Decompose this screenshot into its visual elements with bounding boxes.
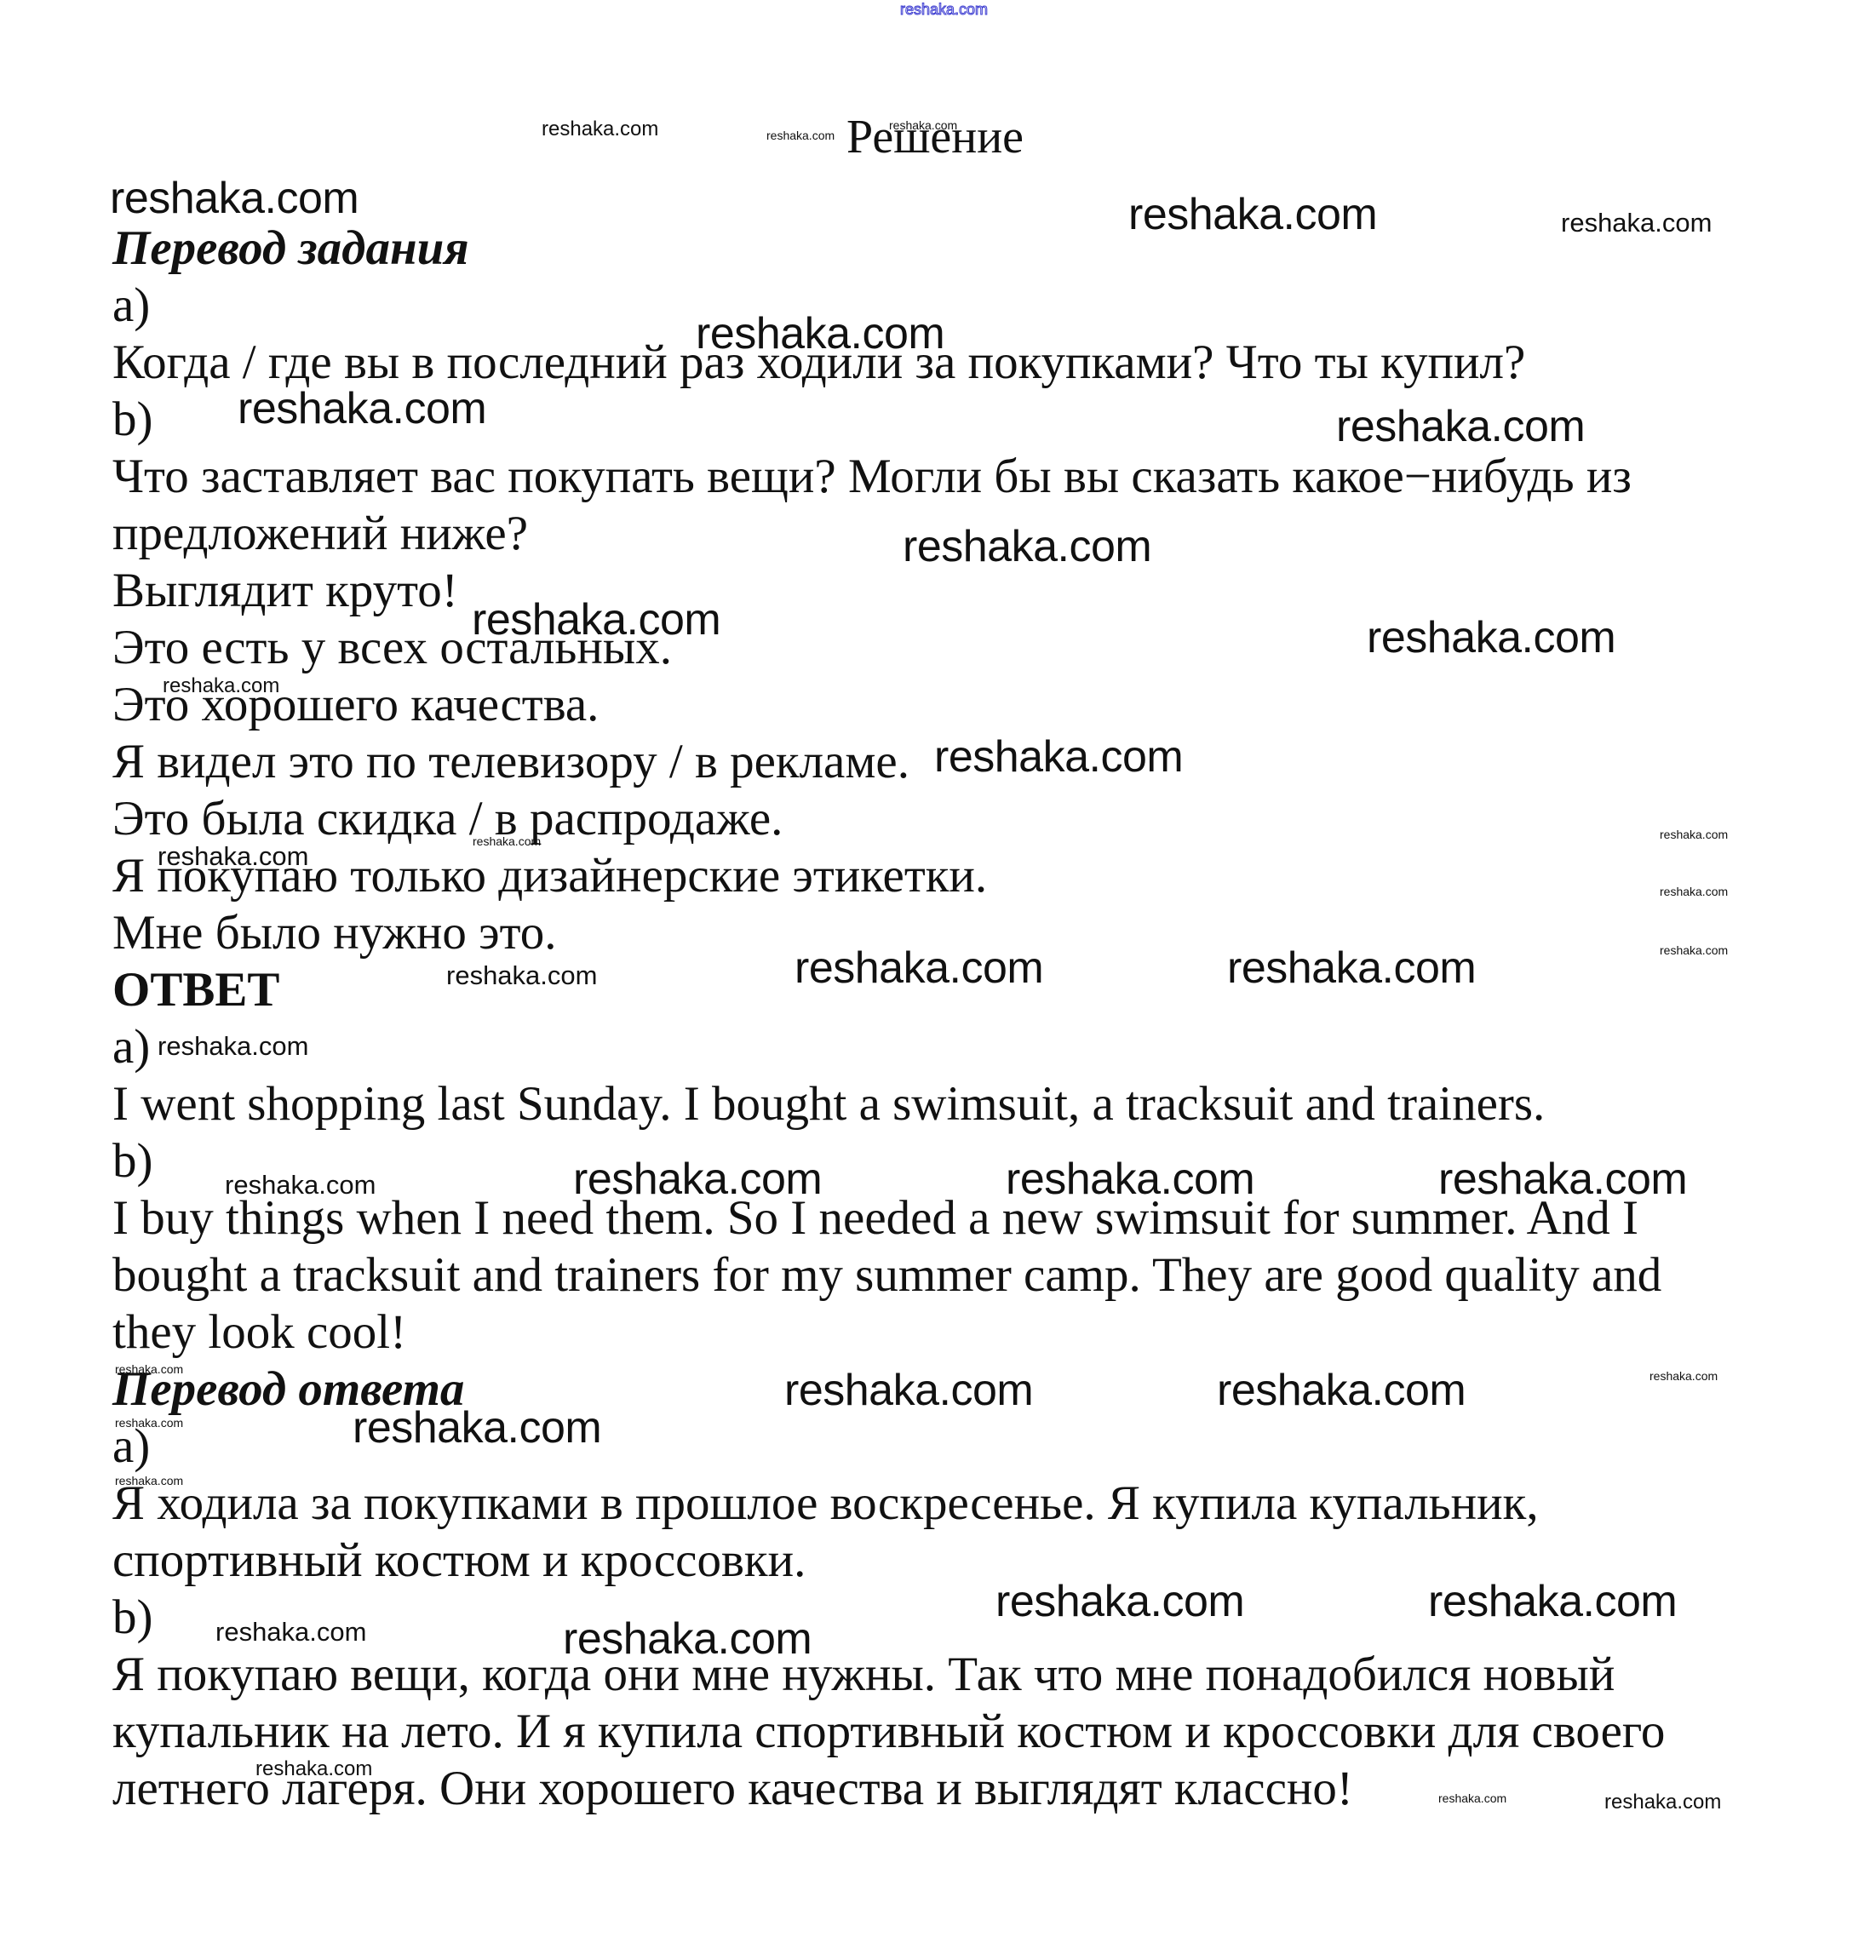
- watermark: reshaka.com: [542, 119, 658, 140]
- watermark: reshaka.com: [1128, 192, 1377, 237]
- watermark: reshaka.com: [766, 129, 835, 141]
- answer-a-label: a): [112, 1018, 150, 1075]
- watermark: reshaka.com: [573, 1157, 822, 1201]
- task-b-text-line: предложений ниже?: [112, 505, 528, 562]
- watermark: reshaka.com: [563, 1617, 812, 1661]
- watermark: reshaka.com: [110, 176, 359, 221]
- watermark: reshaka.com: [158, 1033, 308, 1059]
- watermark: reshaka.com: [446, 962, 597, 989]
- watermark: reshaka.com: [1217, 1368, 1466, 1413]
- phrase-item: Я видел это по телевизору / в рекламе.: [112, 733, 909, 790]
- watermark: reshaka.com: [1561, 209, 1712, 236]
- watermark: reshaka.com: [225, 1172, 376, 1198]
- watermark: reshaka.com: [353, 1406, 601, 1450]
- task-a-label: a): [112, 277, 150, 334]
- answer-heading: ОТВЕТ: [112, 961, 279, 1018]
- watermark: reshaka.com: [158, 843, 308, 869]
- watermark: reshaka.com: [163, 676, 279, 696]
- translation-b-text-line: Я покупаю вещи, когда они мне нужны. Так…: [112, 1646, 1615, 1703]
- watermark: reshaka.com: [115, 1475, 183, 1487]
- phrase-item: Мне было нужно это.: [112, 904, 557, 961]
- translation-b-label: b): [112, 1589, 152, 1646]
- watermark: reshaka.com: [473, 835, 541, 847]
- task-b-label: b): [112, 391, 152, 448]
- watermark: reshaka.com: [472, 598, 720, 642]
- watermark: reshaka.com: [115, 1417, 183, 1429]
- watermark: reshaka.com: [115, 1363, 183, 1375]
- watermark: reshaka.com: [1428, 1579, 1677, 1624]
- site-link[interactable]: reshaka.com: [900, 2, 988, 17]
- watermark: reshaka.com: [1604, 1792, 1721, 1813]
- watermark: reshaka.com: [1438, 1157, 1687, 1201]
- watermark: reshaka.com: [238, 387, 486, 431]
- answer-b-text-line: bought a tracksuit and trainers for my s…: [112, 1246, 1661, 1304]
- watermark: reshaka.com: [696, 312, 944, 356]
- phrase-item: Это была скидка / в распродаже.: [112, 790, 783, 847]
- answer-b-label: b): [112, 1132, 152, 1189]
- phrase-item: Выглядит круто!: [112, 562, 458, 619]
- task-translation-heading: Перевод задания: [112, 220, 469, 277]
- watermark: reshaka.com: [1660, 944, 1728, 956]
- watermark: reshaka.com: [1660, 885, 1728, 897]
- answer-a-text: I went shopping last Sunday. I bought a …: [112, 1075, 1545, 1132]
- watermark: reshaka.com: [1006, 1157, 1254, 1201]
- answer-b-text-line: they look cool!: [112, 1304, 406, 1361]
- watermark: reshaka.com: [1336, 404, 1585, 449]
- translation-a-text-line: спортивный костюм и кроссовки.: [112, 1532, 806, 1589]
- watermark: reshaka.com: [215, 1619, 366, 1645]
- watermark: reshaka.com: [1438, 1792, 1506, 1804]
- watermark: reshaka.com: [1649, 1370, 1718, 1382]
- watermark: reshaka.com: [255, 1759, 372, 1779]
- watermark: reshaka.com: [1660, 828, 1728, 840]
- watermark: reshaka.com: [784, 1368, 1033, 1413]
- watermark: reshaka.com: [1367, 616, 1615, 660]
- translation-a-text-line: Я ходила за покупками в прошлое воскресе…: [112, 1475, 1539, 1532]
- watermark: reshaka.com: [1227, 946, 1476, 990]
- translation-b-text-line: купальник на лето. И я купила спортивный…: [112, 1703, 1665, 1760]
- watermark: reshaka.com: [995, 1579, 1244, 1624]
- watermark: reshaka.com: [934, 735, 1183, 779]
- watermark: reshaka.com: [889, 119, 957, 131]
- document-page: reshaka.com Решение Перевод задания a) К…: [0, 0, 1876, 1960]
- watermark: reshaka.com: [903, 524, 1151, 569]
- task-b-text-line: Что заставляет вас покупать вещи? Могли …: [112, 448, 1632, 505]
- watermark: reshaka.com: [795, 946, 1043, 990]
